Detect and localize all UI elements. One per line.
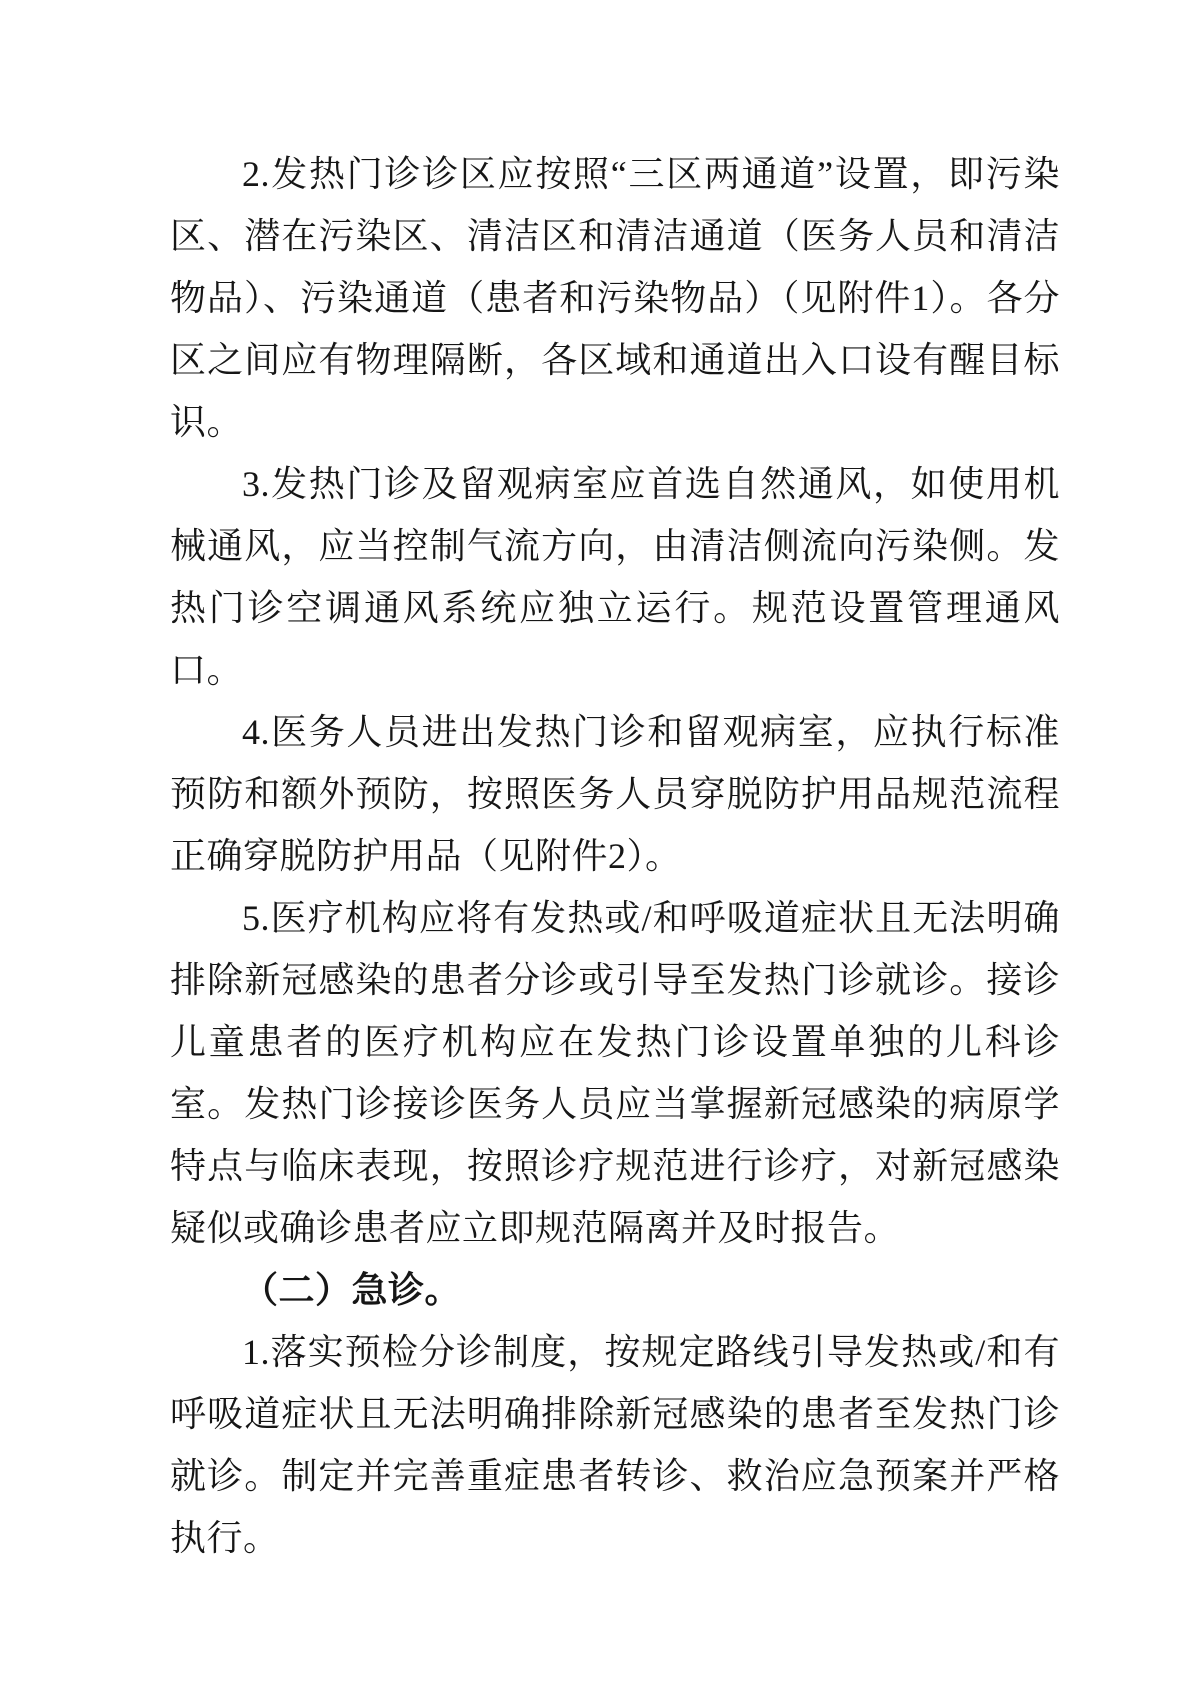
paragraph-ventilation: 3.发热门诊及留观病室应首选自然通风，如使用机械通风，应当控制气流方向，由清洁侧… <box>170 453 1060 701</box>
section-heading-emergency-dept: （二）急诊。 <box>170 1259 1060 1321</box>
paragraph-triage-to-fever-clinic: 5.医疗机构应将有发热或/和呼吸道症状且无法明确排除新冠感染的患者分诊或引导至发… <box>170 887 1060 1259</box>
paragraph-fever-clinic-zones: 2.发热门诊诊区应按照“三区两通道”设置，即污染区、潜在污染区、清洁区和清洁通道… <box>170 143 1060 453</box>
paragraph-pre-screening-triage: 1.落实预检分诊制度，按规定路线引导发热或/和有呼吸道症状且无法明确排除新冠感染… <box>170 1321 1060 1569</box>
paragraph-ppe-procedures: 4.医务人员进出发热门诊和留观病室，应执行标准预防和额外预防，按照医务人员穿脱防… <box>170 701 1060 887</box>
document-content: 2.发热门诊诊区应按照“三区两通道”设置，即污染区、潜在污染区、清洁区和清洁通道… <box>170 143 1060 1569</box>
document-page: 2.发热门诊诊区应按照“三区两通道”设置，即污染区、潜在污染区、清洁区和清洁通道… <box>0 0 1200 1697</box>
